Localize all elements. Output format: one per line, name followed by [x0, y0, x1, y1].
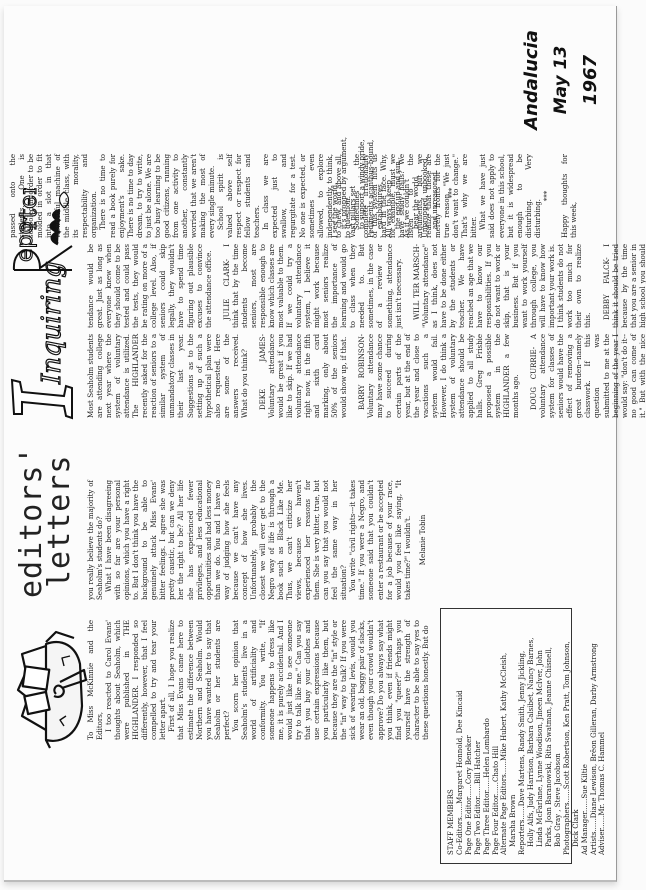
spacer — [551, 154, 560, 238]
poem-line: the ego up and sun — [393, 128, 402, 238]
poem-line: As if we couldn't — [402, 128, 411, 238]
poem-line: Unpropped, unbooked, — [420, 128, 429, 238]
spacer — [348, 334, 357, 418]
article-paragraph: What we have just said does not apply to… — [478, 154, 541, 238]
poem-line: entablatures, — [375, 128, 384, 238]
staff-line: Parks, Joan Baranowski, Rita Swatman, Je… — [545, 617, 554, 855]
poem-line: to support a windy pride, — [357, 128, 366, 238]
letter-paragraph: I too reacted to Carol Evans' thoughts a… — [104, 620, 167, 740]
letter-paragraph: To Miss McKinnie and the Editors, — [86, 620, 104, 740]
staff-members-box: STAFF MEMBERS Co-Editors......Margaret H… — [440, 608, 572, 864]
scanned-page-frame: editors' letters Inquiring epo rter To M… — [0, 0, 646, 890]
article-paragraph: passed onto the students. One is schoole… — [8, 154, 98, 238]
staff-line: Co-Editors......Margaret Honnold, Dee Ki… — [456, 617, 465, 855]
mailbag-icon — [16, 630, 88, 750]
spacer — [520, 334, 529, 418]
article-paragraph: DEKE JAMES- Voluntary attendance would b… — [258, 334, 348, 418]
masthead-date: May 13 — [544, 0, 578, 160]
staff-line: Ad Manager......Sue Kiltie — [581, 617, 590, 855]
staff-line: Holly Alfs, Judy Harrison, Barbara Calsi… — [527, 617, 536, 855]
spacer — [578, 154, 587, 238]
letter-paragraph: You write "civil rights---it takes time.… — [348, 480, 411, 600]
letter-paragraph: you really believe the majority of Seaho… — [86, 480, 104, 600]
spacer — [593, 244, 602, 328]
article-paragraph: WILL TER MARSCH- "Voluntary attendance" … — [412, 244, 593, 328]
staff-line: Page Two Editor......Bill Hatcher — [474, 617, 483, 855]
staff-line: Linda McFarlane, Lynne Woodison, Jineen … — [536, 617, 545, 855]
article-paragraph: tendance would be great. Just as long as… — [86, 244, 213, 328]
poem-line: bear the world — [411, 128, 420, 238]
staff-line: Reporters......Dave Martens, Randy Smith… — [518, 617, 527, 855]
letters-column-1: To Miss McKinnie and the Editors,I too r… — [86, 620, 430, 740]
letter-paragraph: First of all, I hope you realize that Mi… — [167, 620, 230, 740]
svg-text:Inquiring: Inquiring — [37, 261, 67, 385]
poem-line: Vast pillars set — [348, 128, 357, 238]
letters-column-2: you really believe the majority of Seaho… — [86, 480, 427, 600]
staff-line: Adviser......Mr. Thomas C. Hammel — [598, 617, 607, 855]
article-paragraph: JULIE CLARK- I think that by the time st… — [222, 244, 403, 328]
spacer — [403, 244, 412, 328]
staff-line: Page Four Editor......Chato Hill — [492, 617, 501, 855]
article-paragraph: Happy thoughts for this week, — [560, 154, 578, 238]
article-paragraph: DOUG CURRIE- A voluntary attendance syst… — [529, 334, 646, 418]
article-paragraph: DEBBY FALCK- I think it should be tried … — [602, 244, 646, 328]
poem-line: I see the world, — [330, 128, 339, 238]
newspaper-page: editors' letters Inquiring epo rter To M… — [0, 0, 646, 890]
staff-box-title: STAFF MEMBERS — [447, 617, 456, 855]
inquiring-column-2: tendance would be great. Just as long as… — [86, 244, 646, 328]
staff-line: Dick Clark — [572, 617, 581, 855]
masthead: Andalucia May 13 1967 — [520, 0, 604, 160]
article-paragraph: There is no time to read a book purely f… — [98, 154, 216, 238]
letter-paragraph: You scorn her opinion that Seaholm's stu… — [231, 620, 430, 740]
letters-heading-line2: letters — [46, 446, 74, 599]
letter-paragraph: What I have been disagreeing with so far… — [104, 480, 348, 600]
masthead-year: 1967 — [578, 0, 604, 160]
poem: I see the world, it's propped by argumen… — [330, 128, 456, 238]
staff-line: Bob Gray , Steve Jacobson — [554, 617, 563, 855]
separator: *** — [447, 148, 456, 238]
poem-line: it's propped by argument, — [339, 128, 348, 238]
poem-line: Pediments acanthus-bound, — [366, 128, 375, 238]
masthead-place: Andalucia — [520, 0, 544, 160]
staff-line: Page One Editor......Cory Beneker — [465, 617, 474, 855]
poem-line: and unreasoned. — [430, 128, 439, 238]
spacer — [213, 244, 222, 328]
staff-line: Marsha Brown — [509, 617, 518, 855]
letter-signature: Melanie Tobin — [418, 480, 427, 600]
spacer — [249, 334, 258, 418]
inquiring-column-1: Most Seaholm students are attending coll… — [86, 334, 646, 418]
article-paragraph: Most Seaholm students are attending coll… — [86, 334, 249, 418]
article-paragraph: BARRY ROBINSON- Voluntary attendance may… — [357, 334, 520, 418]
article-paragraph: School spirit is valued above self respe… — [216, 154, 261, 238]
letters-heading: editors' letters — [18, 446, 74, 599]
poem-line: All ways to keep — [384, 128, 393, 238]
separator: *** — [542, 154, 551, 238]
staff-line: Page Three Editor......Helen Lombardo — [483, 617, 492, 855]
editorial-column: passed onto the students. One is schoole… — [8, 154, 587, 238]
staff-line: Artists......Diane Lewison, Brêon Giller… — [590, 617, 599, 855]
staff-line: Alternate Page Editors......Mike Hubert,… — [500, 617, 509, 855]
staff-line: Photographers......Scott Robertson, Ken … — [563, 617, 572, 855]
